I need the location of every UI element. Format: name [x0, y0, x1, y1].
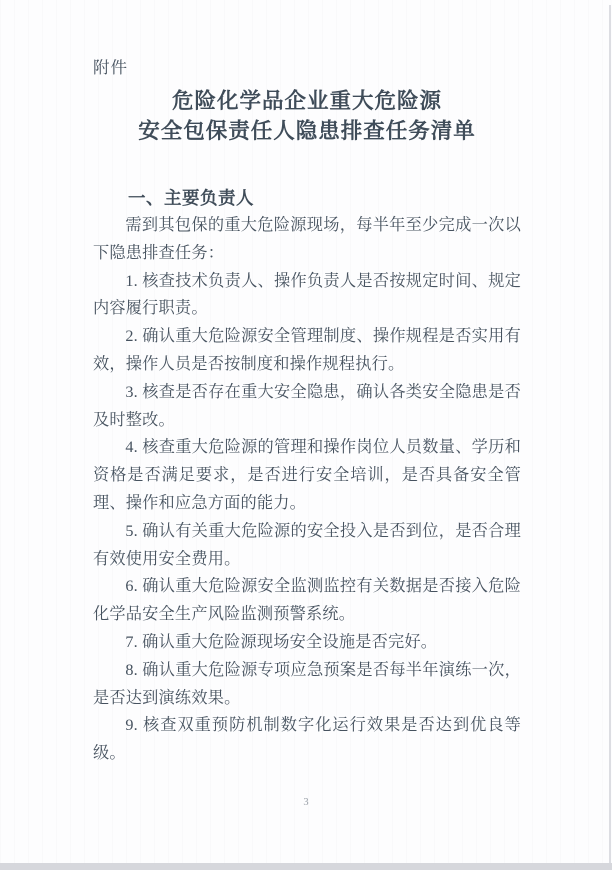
paragraph-intro: 需到其包保的重大危险源现场，每半年至少完成一次以下隐患排查任务： — [93, 212, 521, 268]
attachment-label: 附件 — [93, 56, 521, 80]
paragraph-task-9: 9. 核查双重预防机制数字化运行效果是否达到优良等级。 — [93, 712, 521, 768]
scan-right-edge-line — [609, 5, 611, 863]
scanned-document-page: 附件 危险化学品企业重大危险源 安全包保责任人隐患排查任务清单 一、主要负责人 … — [0, 0, 612, 870]
page-number: 3 — [0, 797, 612, 808]
paragraph-task-7: 7. 确认重大危险源现场安全设施是否完好。 — [93, 629, 521, 657]
scan-bottom-edge-strip — [0, 863, 612, 870]
paragraph-task-3: 3. 核查是否存在重大安全隐患，确认各类安全隐患是否及时整改。 — [93, 379, 521, 435]
document-title-line-2: 安全包保责任人隐患排查任务清单 — [93, 116, 521, 146]
document-title: 危险化学品企业重大危险源 安全包保责任人隐患排查任务清单 — [93, 86, 521, 146]
paragraph-task-2: 2. 确认重大危险源安全管理制度、操作规程是否实用有效，操作人员是否按制度和操作… — [93, 323, 521, 379]
section-heading-main-responsible-person: 一、主要负责人 — [93, 184, 521, 212]
paragraph-task-1: 1. 核查技术负责人、操作负责人是否按规定时间、规定内容履行职责。 — [93, 268, 521, 324]
paragraph-task-4: 4. 核查重大危险源的管理和操作岗位人员数量、学历和资格是否满足要求，是否进行安… — [93, 434, 521, 517]
document-title-line-1: 危险化学品企业重大危险源 — [93, 86, 521, 116]
paragraph-task-6: 6. 确认重大危险源安全监测监控有关数据是否接入危险化学品安全生产风险监测预警系… — [93, 573, 521, 629]
paragraph-task-8: 8. 确认重大危险源专项应急预案是否每半年演练一次，是否达到演练效果。 — [93, 657, 521, 713]
paragraph-task-5: 5. 确认有关重大危险源的安全投入是否到位，是否合理有效使用安全费用。 — [93, 518, 521, 574]
document-content: 附件 危险化学品企业重大危险源 安全包保责任人隐患排查任务清单 一、主要负责人 … — [93, 56, 521, 768]
body-text: 需到其包保的重大危险源现场，每半年至少完成一次以下隐患排查任务： 1. 核查技术… — [93, 212, 521, 768]
